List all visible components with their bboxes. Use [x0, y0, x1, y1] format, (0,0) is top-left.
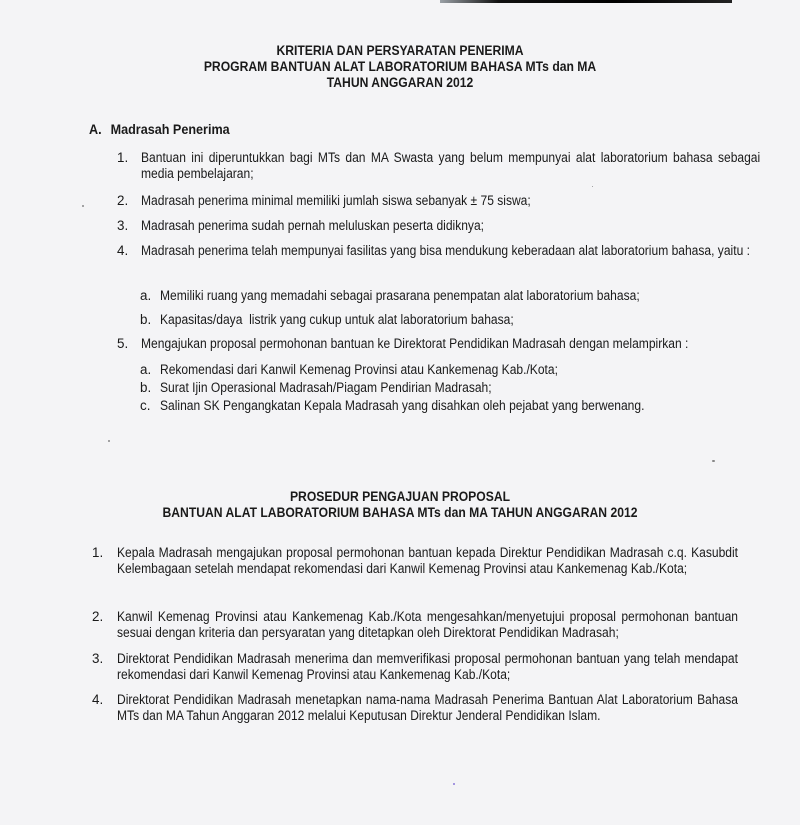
- item-text: Kepala Madrasah mengajukan proposal perm…: [117, 545, 738, 577]
- item-number: 3.: [92, 651, 103, 667]
- subitem-text: Salinan SK Pengangkatan Kepala Madrasah …: [160, 398, 736, 414]
- item-text: Direktorat Pendidikan Madrasah menetapka…: [117, 692, 738, 724]
- subitem-letter: b.: [140, 380, 151, 396]
- section-letter: A.: [89, 121, 111, 137]
- criteria-title-line-1: KRITERIA DAN PERSYARATAN PENERIMA: [40, 43, 760, 59]
- subitem-text: Kapasitas/daya listrik yang cukup untuk …: [160, 312, 736, 328]
- item-number: 1.: [92, 545, 103, 561]
- scan-edge-line: [440, 0, 732, 3]
- criteria-title-line-2: PROGRAM BANTUAN ALAT LABORATORIUM BAHASA…: [40, 59, 760, 75]
- scan-speck: [82, 205, 84, 207]
- scan-speck: [592, 186, 593, 187]
- item-text: Madrasah penerima minimal memiliki jumla…: [141, 193, 764, 209]
- item-text: Direktorat Pendidikan Madrasah menerima …: [117, 651, 738, 683]
- criteria-title: KRITERIA DAN PERSYARATAN PENERIMA PROGRA…: [40, 43, 760, 91]
- section-title: Madrasah Penerima: [111, 121, 230, 137]
- item-number: 5.: [117, 336, 128, 352]
- procedure-title-line-2: BANTUAN ALAT LABORATORIUM BAHASA MTs dan…: [40, 505, 760, 521]
- item-number: 2.: [92, 609, 103, 625]
- item-number: 4.: [92, 692, 103, 708]
- subitem-letter: a.: [140, 288, 151, 304]
- procedure-title-line-1: PROSEDUR PENGAJUAN PROPOSAL: [40, 489, 760, 505]
- item-number: 1.: [117, 150, 128, 166]
- item-text: Bantuan ini diperuntukkan bagi MTs dan M…: [141, 150, 760, 182]
- subitem-text: Memiliki ruang yang memadahi sebagai pra…: [160, 288, 736, 304]
- item-number: 2.: [117, 193, 128, 209]
- item-text: Mengajukan proposal permohonan bantuan k…: [141, 336, 764, 352]
- subitem-letter: c.: [140, 398, 150, 414]
- procedure-title: PROSEDUR PENGAJUAN PROPOSAL BANTUAN ALAT…: [40, 489, 760, 521]
- item-text: Madrasah penerima telah mempunyai fasili…: [141, 243, 760, 259]
- criteria-title-line-3: TAHUN ANGGARAN 2012: [40, 75, 760, 91]
- subitem-text: Surat Ijin Operasional Madrasah/Piagam P…: [160, 380, 736, 396]
- item-number: 4.: [117, 243, 128, 259]
- item-text: Madrasah penerima sudah pernah meluluska…: [141, 218, 764, 234]
- subitem-letter: b.: [140, 312, 151, 328]
- scan-speck: [108, 440, 110, 442]
- item-text: Kanwil Kemenag Provinsi atau Kankemenag …: [117, 609, 738, 641]
- item-number: 3.: [117, 218, 128, 234]
- subitem-text: Rekomendasi dari Kanwil Kemenag Provinsi…: [160, 362, 736, 378]
- criteria-item-1: 1. Bantuan ini diperuntukkan bagi MTs da…: [117, 150, 800, 184]
- scan-speck: [712, 460, 715, 462]
- subitem-letter: a.: [140, 362, 151, 378]
- scan-speck: [453, 783, 455, 785]
- section-a-heading: A.Madrasah Penerima: [89, 121, 230, 137]
